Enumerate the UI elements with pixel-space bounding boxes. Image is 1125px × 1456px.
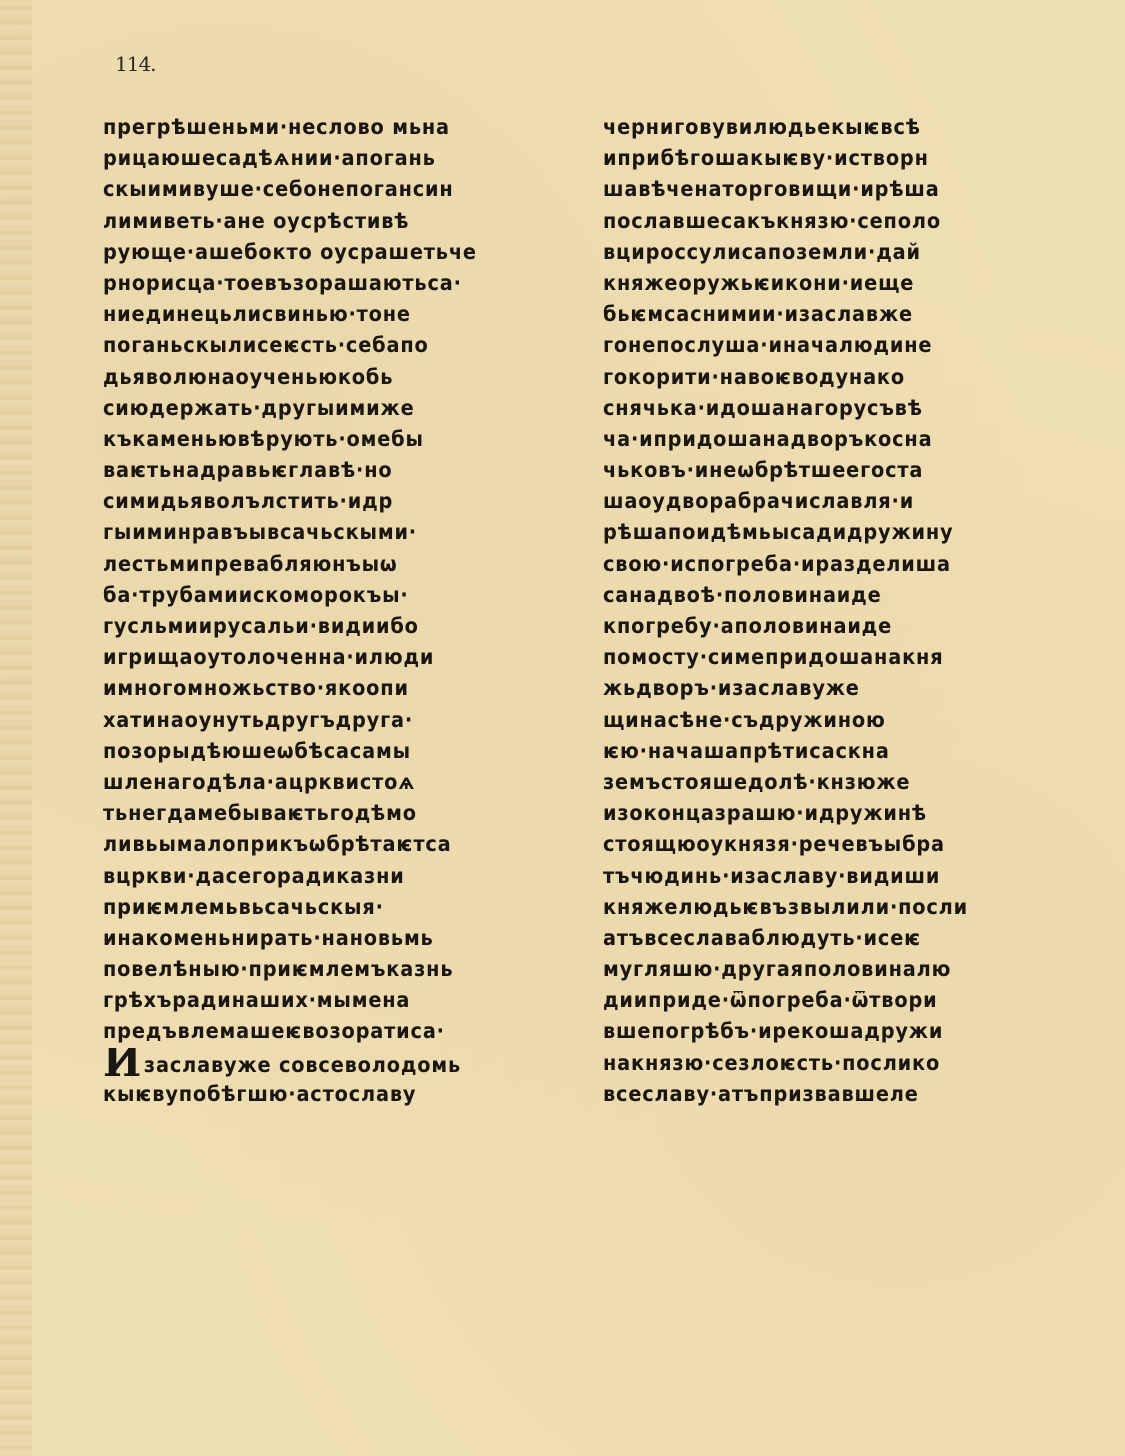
manuscript-line: атъвсеславаблюдуть·исеѥ [603, 923, 1022, 954]
left-text-column: прегрѣшеньми·неслово мьнарицаюшесадѣѧнии… [103, 112, 558, 1110]
manuscript-line: ѥю·начашапрѣтисаскна [603, 736, 1022, 767]
manuscript-line: накнязю·сезлоѥсть·послико [603, 1048, 1022, 1079]
manuscript-line: рѣшапоидѣмьысадидружину [603, 517, 1022, 548]
manuscript-line: снячька·идошанагорусъвѣ [603, 393, 1022, 424]
manuscript-line: гокорити·навоѥводунако [603, 362, 1022, 393]
manuscript-line: грѣхърадинаших·мымена [103, 985, 522, 1016]
manuscript-line: иприбѣгошакыѥву·истворн [603, 143, 1022, 174]
manuscript-line: рицаюшесадѣѧнии·апогань [103, 143, 522, 174]
manuscript-line: помосту·симепридошанакня [603, 642, 1022, 673]
manuscript-line: шленагодѣла·ацрквистоѧ [103, 767, 522, 798]
manuscript-line: пославшесакъкнязю·сеполо [603, 206, 1022, 237]
manuscript-line: рующе·ашебокто оусрашетьче [103, 237, 522, 268]
right-text-column: черниговувилюдьекыѥвсѣиприбѣгошакыѥву·ис… [603, 112, 1058, 1110]
manuscript-line: инакоменьнирать·нановьмь [103, 923, 522, 954]
manuscript-line: тъчюдинь·изаславу·видиши [603, 861, 1022, 892]
page-edge [0, 0, 32, 1456]
manuscript-line: вцироссулисапоземли·дай [603, 237, 1022, 268]
manuscript-line: приѥмлемьвьсачьскыя· [103, 892, 522, 923]
manuscript-line: мугляшю·другаяполовиналю [603, 954, 1022, 985]
manuscript-line: повелѣныю·приѥмлемъказнь [103, 954, 522, 985]
manuscript-line: вшепогрѣбъ·ирекошадружи [603, 1016, 1022, 1047]
manuscript-line: хатинаоунутьдругъдруга· [103, 705, 522, 736]
manuscript-line: игрищаоутолоченна·илюди [103, 642, 522, 673]
manuscript-line: бьѥмсаснимии·изаславже [603, 299, 1022, 330]
manuscript-line: скыимивуше·себонепогансин [103, 174, 522, 205]
manuscript-line: щинасѣне·съдружиною [603, 705, 1022, 736]
manuscript-line: Изаславуже совсеволодомь [103, 1048, 522, 1079]
manuscript-line: земъстояшедолѣ·кнзюже [603, 767, 1022, 798]
manuscript-line: тьнегдамебываѥтьгодѣмо [103, 798, 522, 829]
manuscript-line: княжеоружьѥикони·иеще [603, 268, 1022, 299]
manuscript-line: ниединецьлисвинью·тоне [103, 299, 522, 330]
manuscript-line: чьковъ·инеѡбрѣтшеегоста [603, 455, 1022, 486]
manuscript-line: сиюдержать·другыимиже [103, 393, 522, 424]
manuscript-line: вцркви·дасегорадиказни [103, 861, 522, 892]
manuscript-line: ба·трубамиискоморокъы· [103, 580, 522, 611]
manuscript-line: санадвоѣ·половинаиде [603, 580, 1022, 611]
manuscript-line: гыиминравъывсачьскыми· [103, 517, 522, 548]
manuscript-line: лимиветь·ане оусрѣстивѣ [103, 206, 522, 237]
manuscript-line: шавѣченаторговищи·ирѣша [603, 174, 1022, 205]
manuscript-line: княжелюдьѥвъзвылили·посли [603, 892, 1022, 923]
manuscript-line: къкаменьювѣрують·омебы [103, 424, 522, 455]
manuscript-line: свою·испогреба·иразделиша [603, 549, 1022, 580]
manuscript-line: рнорисца·тоевъзорашаютьса· [103, 268, 522, 299]
manuscript-line: дииприде·ѿпогреба·ѿтвори [603, 985, 1022, 1016]
manuscript-line: кыѥвупобѣгшю·астославу [103, 1079, 522, 1110]
manuscript-line-text: заславуже совсеволодомь [144, 1053, 461, 1077]
manuscript-line: ливьымалоприкъѡбрѣтаѥтса [103, 829, 522, 860]
manuscript-line: прегрѣшеньми·неслово мьна [103, 112, 522, 143]
manuscript-line: кпогребу·аполовинаиде [603, 611, 1022, 642]
manuscript-line: черниговувилюдьекыѥвсѣ [603, 112, 1022, 143]
manuscript-line: поганьскылисеѥсть·себапо [103, 330, 522, 361]
manuscript-line: симидьяволълстить·идр [103, 486, 522, 517]
manuscript-line: имногомножьство·якоопи [103, 673, 522, 704]
manuscript-line: позорыдѣюшеѡбѣсасамы [103, 736, 522, 767]
manuscript-line: гусльмиирусальи·видиибо [103, 611, 522, 642]
manuscript-line: ча·ипридошанадворъкосна [603, 424, 1022, 455]
manuscript-line: шаоудворабрачиславля·и [603, 486, 1022, 517]
folio-number: 114. [115, 52, 156, 76]
manuscript-line: всеславу·атъпризвавшеле [603, 1079, 1022, 1110]
manuscript-line: стоящюоукнязя·речевъыбра [603, 829, 1022, 860]
manuscript-line: жьдворъ·изаславуже [603, 673, 1022, 704]
drop-initial: И [103, 1048, 142, 1076]
manuscript-line: изоконцазрашю·идружинѣ [603, 798, 1022, 829]
manuscript-line: дьяволюнаоученьюкобь [103, 362, 522, 393]
manuscript-line: предъвлемашеѥвозоратиса· [103, 1016, 522, 1047]
manuscript-line: лестьмипревабляюнъыѡ [103, 549, 522, 580]
manuscript-line: ваѥтьнадравьѥглавѣ·но [103, 455, 522, 486]
manuscript-line: гонепослуша·иначалюдине [603, 330, 1022, 361]
